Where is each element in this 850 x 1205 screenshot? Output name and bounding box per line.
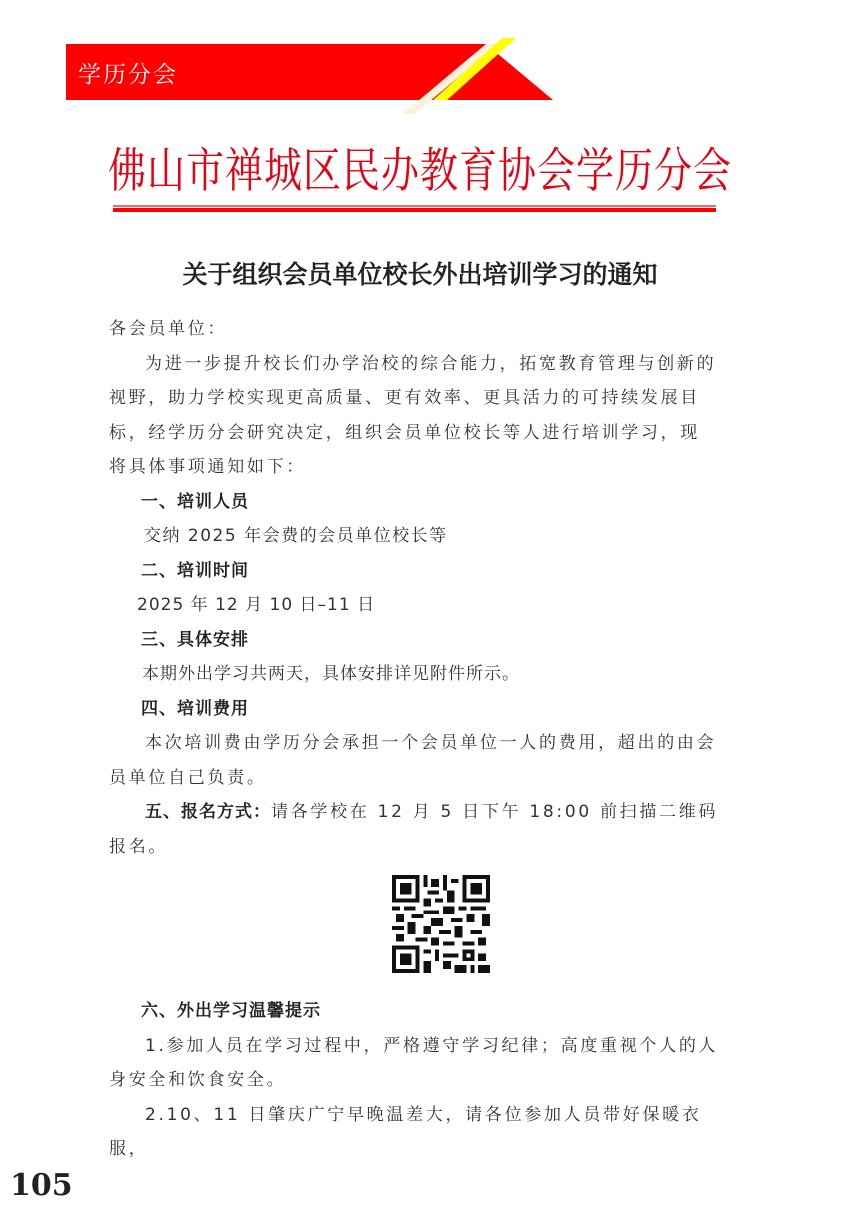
banner-label: 学历分会 bbox=[78, 56, 178, 89]
header-rule-thick bbox=[113, 208, 716, 212]
section-body-time: 2025 年 12 月 10 日–11 日 bbox=[109, 588, 719, 623]
intro-paragraph: 为进一步提升校长们办学治校的综合能力，拓宽教育管理与创新的视野，助力学校实现更高… bbox=[109, 347, 719, 485]
section-body-fees: 本次培训费由学历分会承担一个会员单位一人的费用，超出的由会员单位自己负责。 bbox=[109, 726, 719, 795]
section-banner: 学历分会 bbox=[66, 44, 526, 100]
section-heading-registration: 五、报名方式： bbox=[145, 802, 271, 822]
registration-qr-code-icon[interactable] bbox=[392, 874, 490, 974]
section-heading-arrangement: 三、具体安排 bbox=[109, 623, 719, 658]
section-heading-personnel: 一、培训人员 bbox=[109, 485, 719, 520]
header-rule-thin bbox=[113, 205, 716, 207]
section-registration: 五、报名方式：请各学校在 12 月 5 日下午 18:00 前扫描二维码报名。 bbox=[109, 795, 719, 864]
notice-title: 关于组织会员单位校长外出培训学习的通知 bbox=[100, 255, 740, 291]
page-number: 105 bbox=[10, 1168, 73, 1203]
tip-item: 2.10、11 日肇庆广宁早晚温差大，请各位参加人员带好保暖衣服， bbox=[109, 1098, 719, 1167]
section-body-personnel: 交纳 2025 年会费的会员单位校长等 bbox=[109, 519, 719, 554]
section-body-arrangement: 本期外出学习共两天，具体安排详见附件所示。 bbox=[109, 657, 719, 692]
tip-item: 1.参加人员在学习过程中，严格遵守学习纪律；高度重视个人的人身安全和饮食安全。 bbox=[109, 1029, 719, 1098]
section-heading-tips: 六、外出学习温馨提示 bbox=[109, 994, 719, 1029]
salutation: 各会员单位： bbox=[109, 312, 719, 347]
section-heading-time: 二、培训时间 bbox=[109, 554, 719, 589]
qr-container bbox=[109, 864, 719, 994]
section-heading-fees: 四、培训费用 bbox=[109, 692, 719, 727]
notice-body: 各会员单位： 为进一步提升校长们办学治校的综合能力，拓宽教育管理与创新的视野，助… bbox=[109, 312, 719, 1167]
organization-title: 佛山市禅城区民办教育协会学历分会 bbox=[108, 132, 728, 201]
